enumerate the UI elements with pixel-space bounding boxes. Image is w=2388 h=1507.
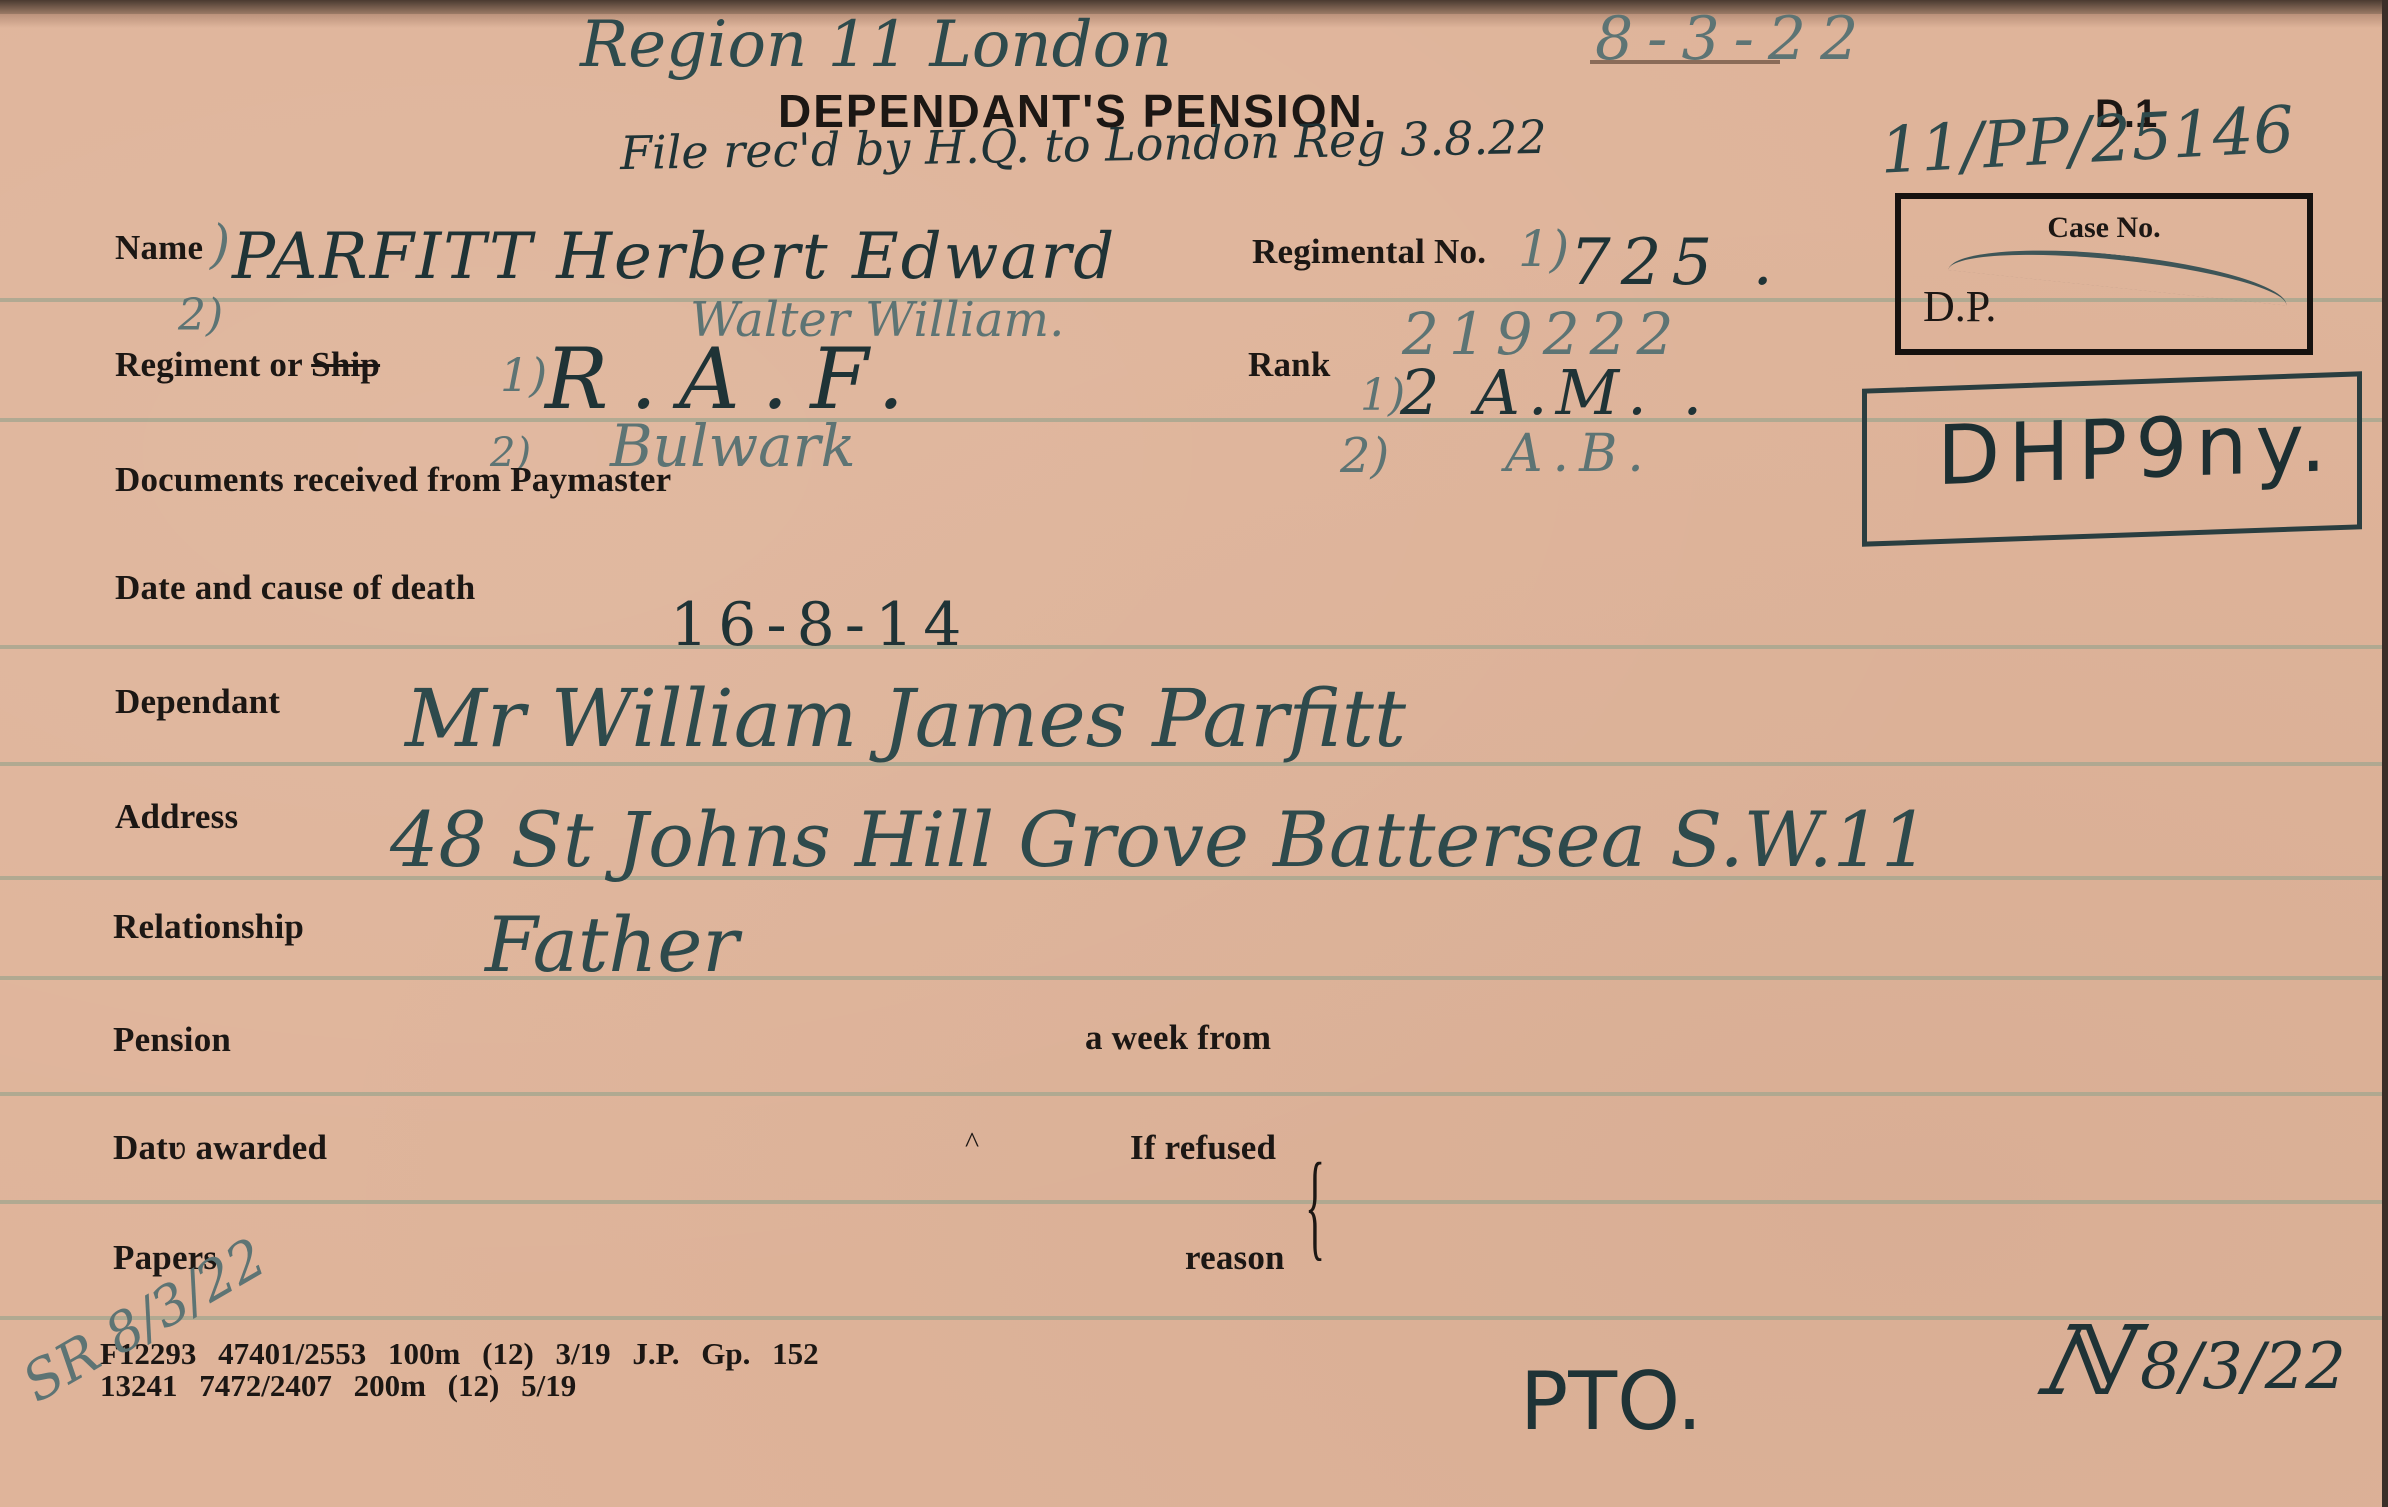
refused-reason-brace: { — [1305, 1145, 1325, 1265]
caret-mark: ^ — [965, 1126, 979, 1160]
address-label: Address — [115, 797, 238, 837]
region-annotation: Region 11 London — [580, 8, 1172, 82]
dependant-value: Mr William James Parfitt — [405, 672, 1406, 765]
printer-line-2: 13241 7472/2407 200m (12) 5/19 — [100, 1368, 576, 1404]
name-value-1: PARFITT Herbert Edward — [232, 220, 1116, 294]
signature-mark: ℕ — [2028, 1305, 2140, 1417]
documents-label: Documents received from Paymaster — [115, 460, 671, 500]
if-refused-label: If refused — [1130, 1128, 1276, 1168]
dependant-label: Dependant — [115, 682, 280, 722]
ruled-line — [0, 1092, 2382, 1096]
ship-label-struck: Ship — [311, 345, 380, 384]
case-number-box: Case No. D.P. — [1895, 193, 2313, 355]
week-from-label: a week from — [1085, 1018, 1271, 1058]
regiment-marker-1: 1) — [500, 348, 547, 402]
name-marker-1: ) — [210, 215, 230, 275]
ruled-line — [0, 645, 2382, 649]
ruled-line — [0, 1316, 2382, 1320]
file-note-annotation: File rec'd by H.Q. to London Reg 3.8.22 — [620, 110, 1547, 180]
death-label: Date and cause of death — [115, 568, 475, 608]
name-label: Name — [115, 228, 203, 268]
regiment-or-ship-label: Regiment or Ship — [115, 345, 380, 385]
pension-label: Pension — [113, 1020, 231, 1060]
date-awarded-label: Datʋ awarded — [113, 1128, 327, 1168]
rank-value-1: 2 A.M. . — [1400, 356, 1710, 429]
rank-value-2: A.B. — [1505, 424, 1654, 484]
underline-mark — [1590, 60, 1780, 64]
ruled-line — [0, 1200, 2382, 1204]
name-marker-2: 2) — [178, 290, 223, 341]
regimental-no-value-1: 725 . — [1570, 226, 1783, 300]
regimental-no-marker-1: 1) — [1518, 220, 1569, 278]
pto-annotation: PTO. — [1520, 1355, 1702, 1448]
printer-line-1: F12293 47401/2553 100m (12) 3/19 J.P. Gp… — [100, 1336, 819, 1372]
relationship-label: Relationship — [113, 907, 304, 947]
card-top-edge — [0, 0, 2388, 14]
regimental-no-label: Regimental No. — [1252, 232, 1486, 272]
rank-marker-1: 1) — [1360, 370, 1405, 421]
signature-date: 8/3/22 — [2140, 1330, 2346, 1404]
pension-record-card: Region 11 London 8-3-22 DEPENDANT'S PENS… — [0, 0, 2388, 1507]
address-value: 48 St Johns Hill Grove Battersea S.W.11 — [390, 795, 1929, 884]
ruled-line — [0, 976, 2382, 980]
dhp-box: DHP9ny. — [1862, 371, 2362, 546]
death-value: 16-8-14 — [670, 590, 971, 660]
rank-label: Rank — [1248, 345, 1331, 385]
reason-label: reason — [1185, 1238, 1285, 1278]
case-no-dash-stroke — [1948, 237, 2290, 305]
card-right-edge — [2382, 0, 2388, 1507]
dhp-stamp-text: DHP9ny. — [1937, 395, 2334, 504]
case-no-label: Case No. — [1901, 211, 2307, 245]
reference-annotation: 11/PP/25146 — [1878, 93, 2296, 189]
dp-label: D.P. — [1923, 281, 1996, 332]
regiment-label-text: Regiment or — [115, 345, 302, 384]
card-top-shadow — [0, 14, 2388, 28]
rank-marker-2: 2) — [1340, 428, 1389, 484]
relationship-value: Father — [485, 900, 739, 989]
